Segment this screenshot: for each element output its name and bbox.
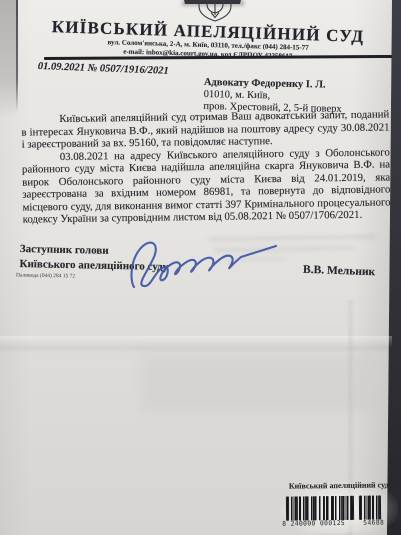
ink-bleed-through xyxy=(140,352,370,412)
letter-body: Київський апеляційний суд отримав Ваш ад… xyxy=(21,108,391,226)
registration-barcode-block: Київський апеляційний суд 8 240000 00012… xyxy=(280,480,399,533)
barcode-digits-main: 8 240000 000125 xyxy=(282,520,345,528)
barcode-digits: 8 240000 000125 54688 xyxy=(282,519,384,527)
handwritten-signature-icon xyxy=(124,231,304,295)
executor-phone-note: Паливода (044) 284 15 72 xyxy=(16,272,75,279)
ukraine-trident-emblem-icon xyxy=(193,0,237,22)
barcode-main-bars xyxy=(286,496,354,521)
body-paragraph-2: 03.08.2021 на адресу Київського апеляцій… xyxy=(22,146,391,226)
signer-name: В.В. Мельник xyxy=(303,264,376,279)
barcode-court-label: Київський апеляційний суд xyxy=(280,480,398,490)
barcode-digits-addon: 54688 xyxy=(363,519,384,526)
barcode-addon-bars xyxy=(359,495,381,519)
document-photo: КИЇВСЬКИЙ АПЕЛЯЦІЙНИЙ СУД вул. Солом'янс… xyxy=(0,0,401,535)
body-paragraph-1: Київський апеляційний суд отримав Ваш ад… xyxy=(21,108,389,151)
barcode-icon xyxy=(286,495,381,520)
